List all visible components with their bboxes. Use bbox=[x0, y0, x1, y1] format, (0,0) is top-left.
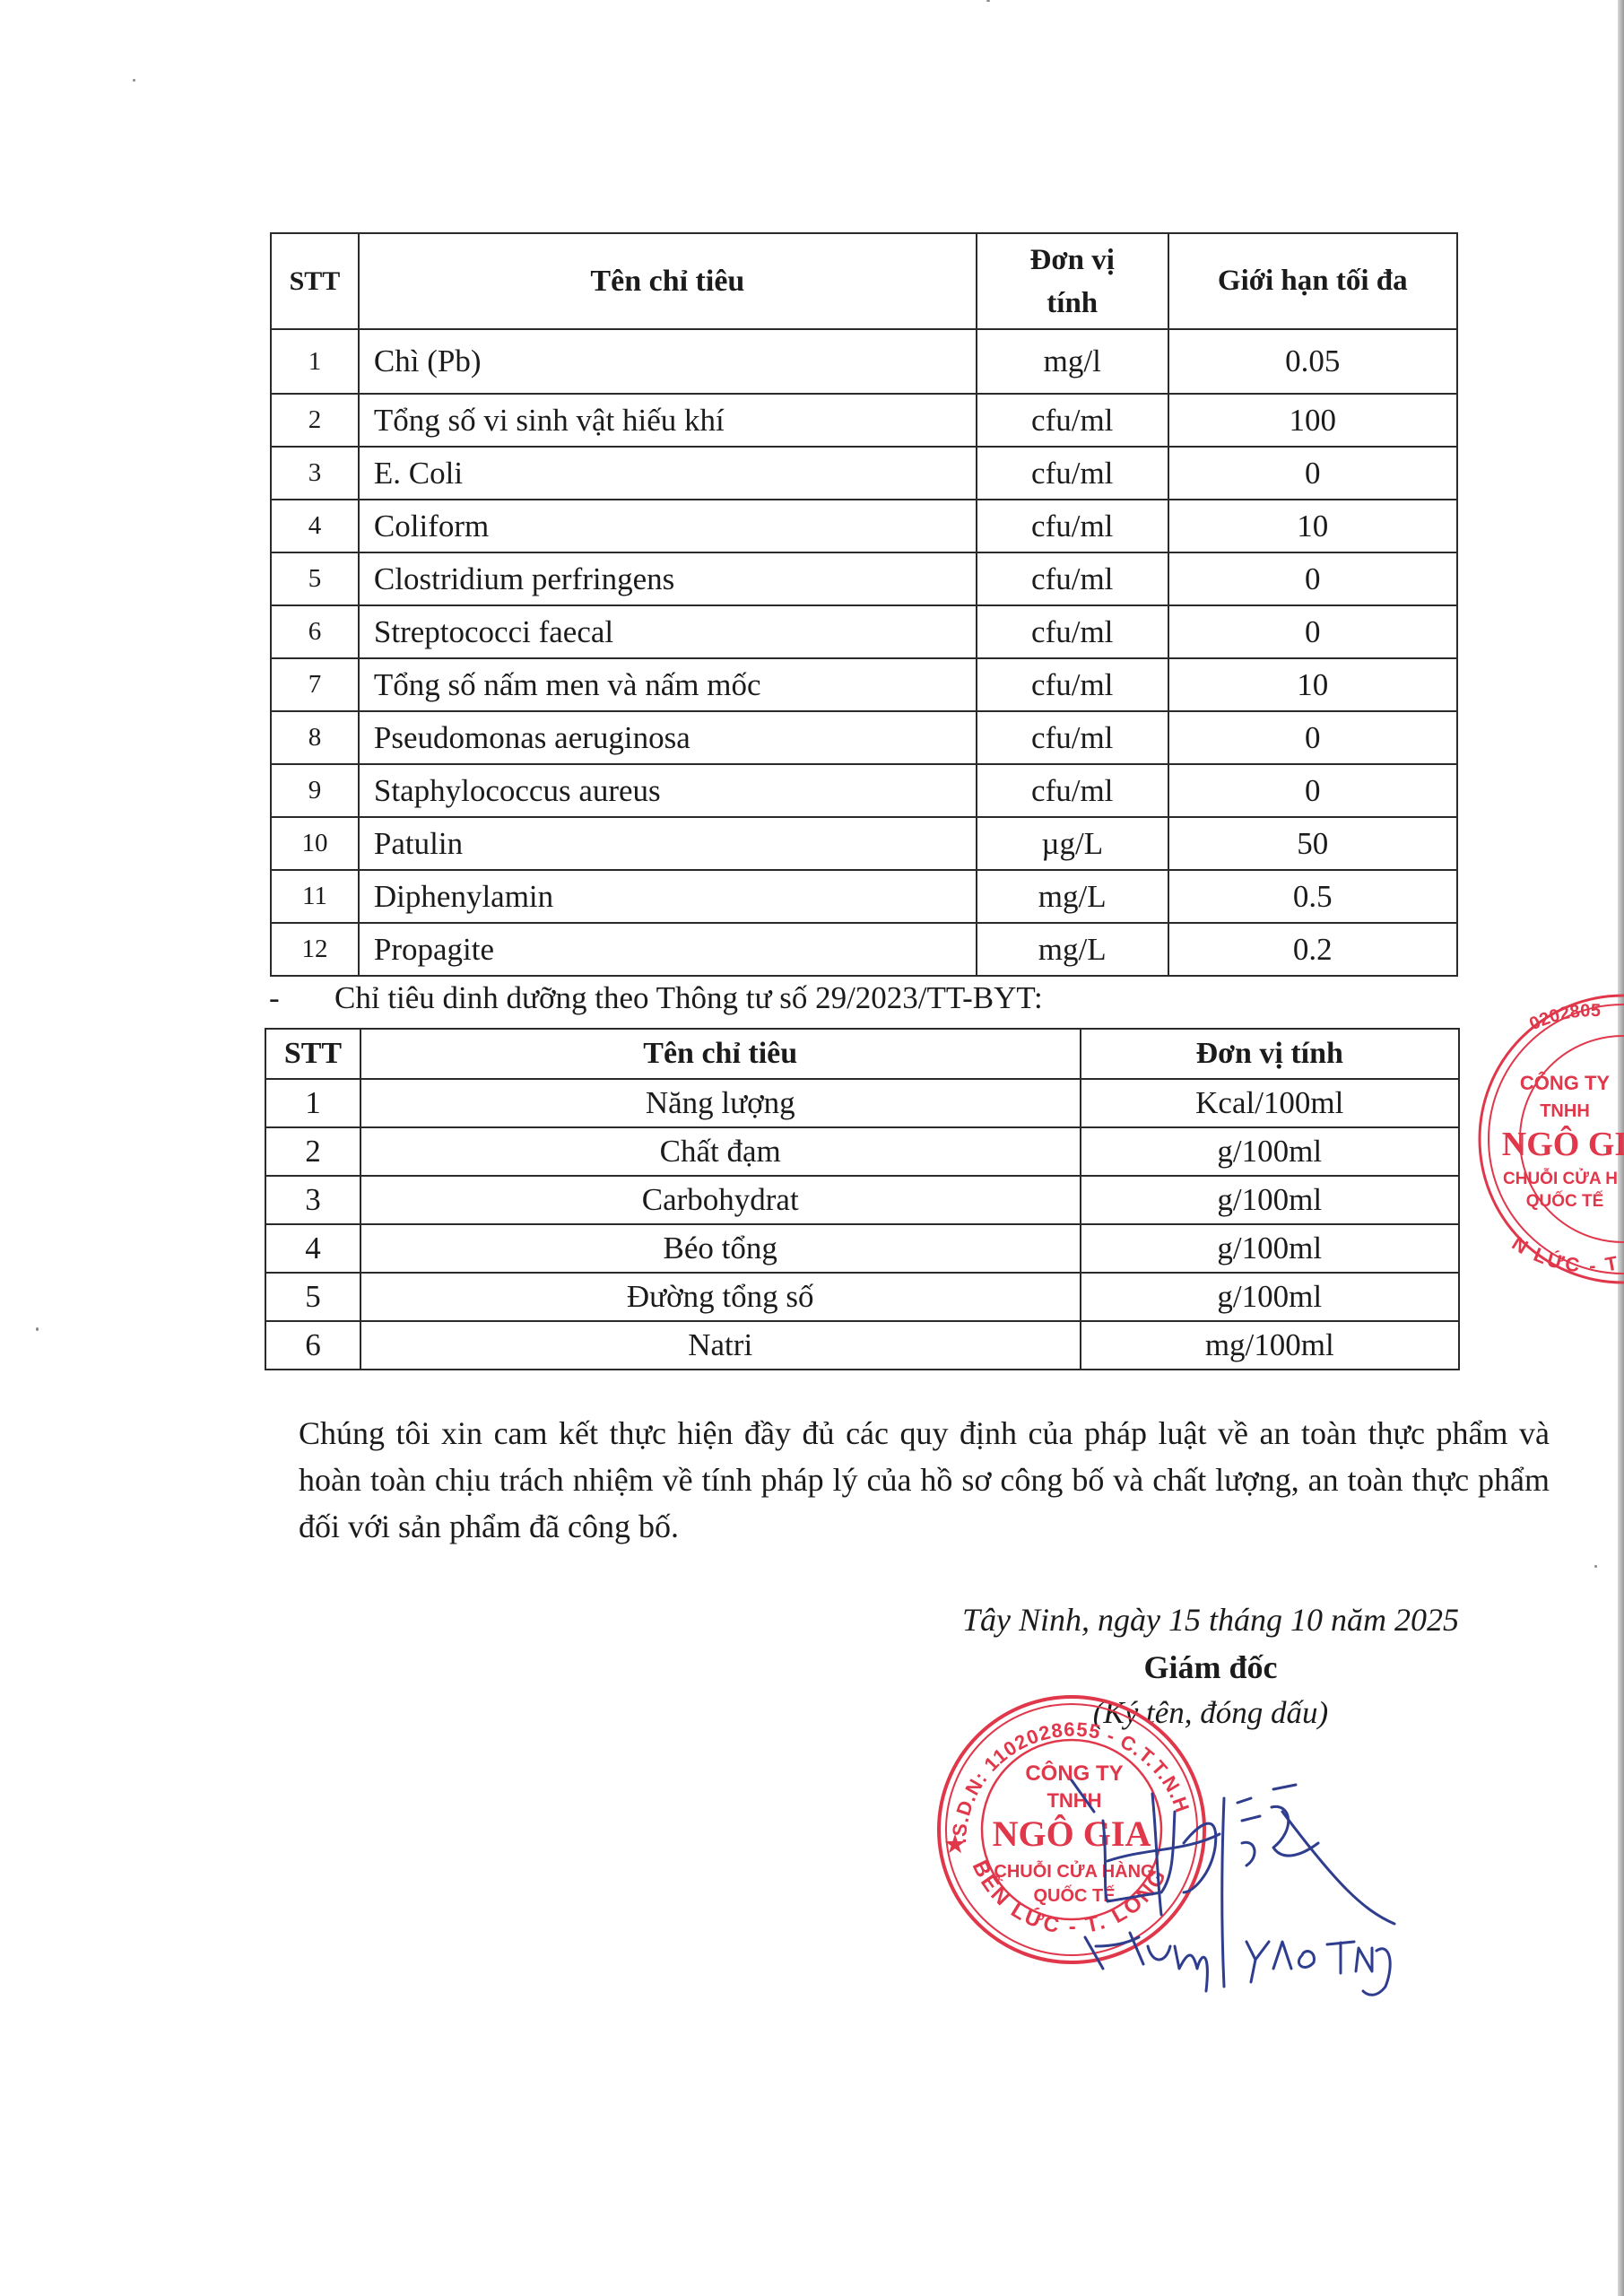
scan-speck bbox=[133, 79, 135, 82]
cell-name: Coliform bbox=[359, 500, 977, 552]
table-row: 11Diphenylaminmg/L0.5 bbox=[271, 870, 1457, 923]
cell-name: Clostridium perfringens bbox=[359, 552, 977, 605]
table-row: 6Streptococci faecalcfu/ml0 bbox=[271, 605, 1457, 658]
safety-limits-table: STT Tên chỉ tiêu Đơn vị tính Giới hạn tố… bbox=[270, 232, 1458, 977]
cell-name: Streptococci faecal bbox=[359, 605, 977, 658]
cell-stt: 3 bbox=[271, 447, 359, 500]
cell-unit: mg/l bbox=[977, 329, 1168, 394]
stamp-star-icon: ★ bbox=[944, 1831, 966, 1857]
table-row: 1Năng lượngKcal/100ml bbox=[265, 1079, 1459, 1127]
table-row: 1Chì (Pb)mg/l0.05 bbox=[271, 329, 1457, 394]
table-header-row: STT Tên chỉ tiêu Đơn vị tính Giới hạn tố… bbox=[271, 233, 1457, 329]
cell-unit: µg/L bbox=[977, 817, 1168, 870]
cell-name: Đường tổng số bbox=[360, 1273, 1081, 1321]
table-row: 3Carbohydratg/100ml bbox=[265, 1176, 1459, 1224]
table-row: 9Staphylococcus aureuscfu/ml0 bbox=[271, 764, 1457, 817]
table-row: 5Clostridium perfringenscfu/ml0 bbox=[271, 552, 1457, 605]
cell-unit: cfu/ml bbox=[977, 605, 1168, 658]
side-stamp-ring-top: 0202805 bbox=[1526, 1001, 1601, 1034]
cell-name: Natri bbox=[360, 1321, 1081, 1370]
cell-limit: 0.05 bbox=[1168, 329, 1457, 394]
cell-name: Diphenylamin bbox=[359, 870, 977, 923]
cell-unit: cfu/ml bbox=[977, 394, 1168, 447]
cell-stt: 1 bbox=[271, 329, 359, 394]
cell-limit: 50 bbox=[1168, 817, 1457, 870]
cell-unit: cfu/ml bbox=[977, 500, 1168, 552]
header-stt: STT bbox=[265, 1029, 360, 1079]
header-unit: Đơn vị tính bbox=[1081, 1029, 1459, 1079]
side-stamp-line5: QUỐC TẾ bbox=[1526, 1191, 1604, 1211]
header-limit: Giới hạn tối đa bbox=[1168, 233, 1457, 329]
cell-unit: mg/100ml bbox=[1081, 1321, 1459, 1370]
cell-name: Carbohydrat bbox=[360, 1176, 1081, 1224]
cell-stt: 5 bbox=[265, 1273, 360, 1321]
table-row: 4Béo tổngg/100ml bbox=[265, 1224, 1459, 1273]
cell-stt: 4 bbox=[271, 500, 359, 552]
table-row: 8Pseudomonas aeruginosacfu/ml0 bbox=[271, 711, 1457, 764]
cell-unit: g/100ml bbox=[1081, 1224, 1459, 1273]
cell-name: Patulin bbox=[359, 817, 977, 870]
header-unit-line1: Đơn vị bbox=[1030, 244, 1115, 276]
cell-stt: 5 bbox=[271, 552, 359, 605]
cell-stt: 1 bbox=[265, 1079, 360, 1127]
cell-stt: 2 bbox=[271, 394, 359, 447]
cell-name: Propagite bbox=[359, 923, 977, 976]
cell-stt: 9 bbox=[271, 764, 359, 817]
table-row: 4Coliformcfu/ml10 bbox=[271, 500, 1457, 552]
side-stamp-ring-bottom: N LỨC - T bbox=[1508, 1231, 1622, 1276]
cell-stt: 6 bbox=[265, 1321, 360, 1370]
commitment-paragraph: Chúng tôi xin cam kết thực hiện đầy đủ c… bbox=[299, 1410, 1550, 1550]
cell-name: Staphylococcus aureus bbox=[359, 764, 977, 817]
cell-limit: 0 bbox=[1168, 552, 1457, 605]
scan-speck bbox=[986, 0, 990, 2]
cell-stt: 8 bbox=[271, 711, 359, 764]
cell-unit: cfu/ml bbox=[977, 764, 1168, 817]
table-header-row: STT Tên chỉ tiêu Đơn vị tính bbox=[265, 1029, 1459, 1079]
cell-stt: 12 bbox=[271, 923, 359, 976]
cell-stt: 3 bbox=[265, 1176, 360, 1224]
cell-unit: cfu/ml bbox=[977, 552, 1168, 605]
table-row: 3E. Colicfu/ml0 bbox=[271, 447, 1457, 500]
scan-speck bbox=[36, 1327, 39, 1331]
nutrition-section-note: Chỉ tiêu dinh dưỡng theo Thông tư số 29/… bbox=[334, 980, 1043, 1016]
cell-name: Năng lượng bbox=[360, 1079, 1081, 1127]
cell-stt: 11 bbox=[271, 870, 359, 923]
svg-text:N LỨC - T: N LỨC - T bbox=[1508, 1231, 1622, 1276]
cell-limit: 0.5 bbox=[1168, 870, 1457, 923]
side-company-stamp: 0202805 N LỨC - T CÔNG TY TNHH NGÔ GI CH… bbox=[1475, 991, 1624, 1287]
table-row: 7Tổng số nấm men và nấm mốccfu/ml10 bbox=[271, 658, 1457, 711]
cell-limit: 0 bbox=[1168, 764, 1457, 817]
cell-unit: cfu/ml bbox=[977, 658, 1168, 711]
table-row: 2Tổng số vi sinh vật hiếu khícfu/ml100 bbox=[271, 394, 1457, 447]
table-row: 10Patulinµg/L50 bbox=[271, 817, 1457, 870]
handwritten-signature bbox=[1067, 1758, 1399, 2000]
cell-name: E. Coli bbox=[359, 447, 977, 500]
cell-stt: 4 bbox=[265, 1224, 360, 1273]
side-stamp-line2: TNHH bbox=[1540, 1101, 1590, 1121]
cell-limit: 0 bbox=[1168, 711, 1457, 764]
cell-limit: 0.2 bbox=[1168, 923, 1457, 976]
cell-stt: 6 bbox=[271, 605, 359, 658]
header-name: Tên chỉ tiêu bbox=[360, 1029, 1081, 1079]
cell-unit: mg/L bbox=[977, 870, 1168, 923]
cell-unit: cfu/ml bbox=[977, 711, 1168, 764]
table-row: 2Chất đạmg/100ml bbox=[265, 1127, 1459, 1176]
bullet-dash: - bbox=[269, 980, 280, 1016]
table-row: 5Đường tổng sốg/100ml bbox=[265, 1273, 1459, 1321]
nutrition-table: STT Tên chỉ tiêu Đơn vị tính 1Năng lượng… bbox=[265, 1028, 1460, 1370]
side-stamp-line1: CÔNG TY bbox=[1520, 1072, 1611, 1094]
header-unit: Đơn vị tính bbox=[977, 233, 1168, 329]
scan-speck bbox=[1594, 1565, 1597, 1568]
header-stt: STT bbox=[271, 233, 359, 329]
cell-stt: 7 bbox=[271, 658, 359, 711]
header-name: Tên chỉ tiêu bbox=[359, 233, 977, 329]
table-row: 12Propagitemg/L0.2 bbox=[271, 923, 1457, 976]
signer-title: Giám đốc bbox=[924, 1648, 1498, 1686]
side-stamp-line4: CHUỖI CỬA H bbox=[1503, 1169, 1618, 1188]
cell-name: Chì (Pb) bbox=[359, 329, 977, 394]
cell-name: Tổng số nấm men và nấm mốc bbox=[359, 658, 977, 711]
cell-limit: 0 bbox=[1168, 447, 1457, 500]
cell-unit: Kcal/100ml bbox=[1081, 1079, 1459, 1127]
cell-name: Pseudomonas aeruginosa bbox=[359, 711, 977, 764]
cell-unit: g/100ml bbox=[1081, 1176, 1459, 1224]
side-stamp-line3: NGÔ GI bbox=[1502, 1125, 1624, 1163]
cell-stt: 2 bbox=[265, 1127, 360, 1176]
cell-limit: 0 bbox=[1168, 605, 1457, 658]
cell-limit: 10 bbox=[1168, 500, 1457, 552]
table-row: 6Natrimg/100ml bbox=[265, 1321, 1459, 1370]
cell-limit: 100 bbox=[1168, 394, 1457, 447]
header-unit-line2: tính bbox=[1046, 287, 1098, 319]
cell-stt: 10 bbox=[271, 817, 359, 870]
cell-unit: mg/L bbox=[977, 923, 1168, 976]
svg-text:0202805: 0202805 bbox=[1526, 1001, 1601, 1034]
cell-unit: cfu/ml bbox=[977, 447, 1168, 500]
cell-unit: g/100ml bbox=[1081, 1273, 1459, 1321]
cell-name: Béo tổng bbox=[360, 1224, 1081, 1273]
cell-limit: 10 bbox=[1168, 658, 1457, 711]
cell-name: Tổng số vi sinh vật hiếu khí bbox=[359, 394, 977, 447]
cell-unit: g/100ml bbox=[1081, 1127, 1459, 1176]
cell-name: Chất đạm bbox=[360, 1127, 1081, 1176]
place-date: Tây Ninh, ngày 15 tháng 10 năm 2025 bbox=[924, 1601, 1498, 1639]
